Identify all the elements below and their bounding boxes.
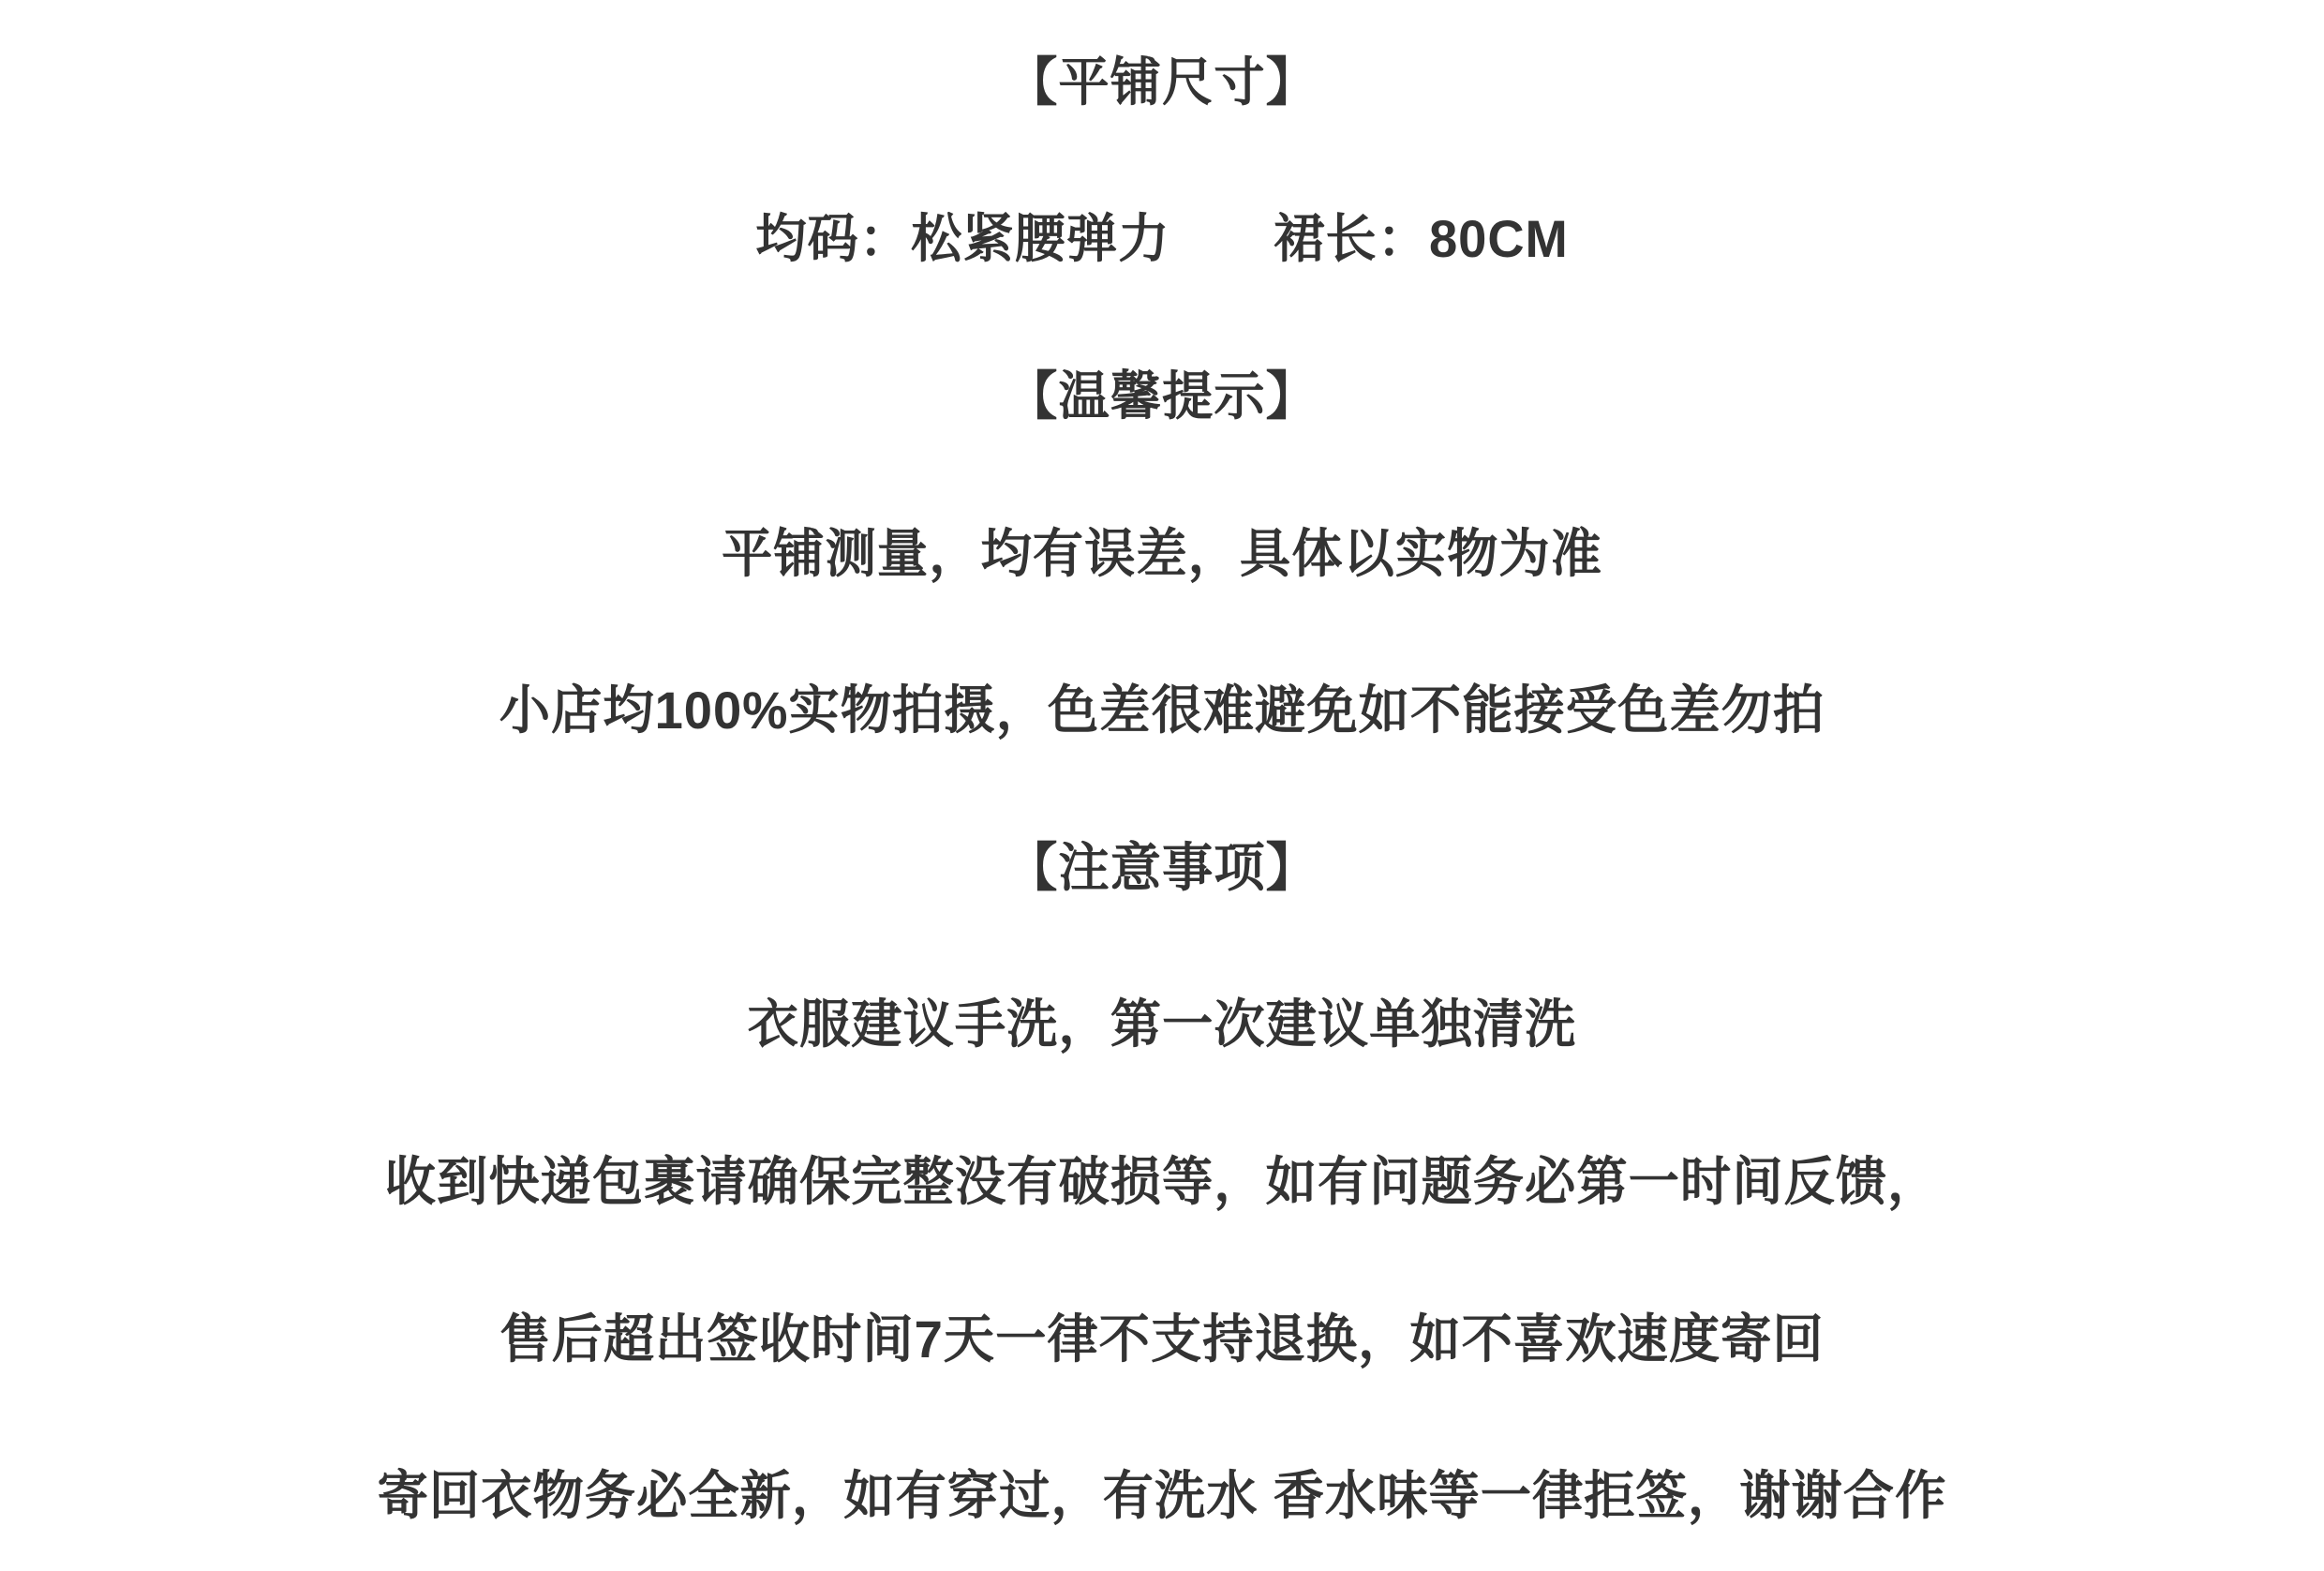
notes-heading: 【注意事项】 [35, 785, 2289, 943]
tip-color-difference-text: 小店均100%实物拍摄，色差很难避免如不能接受色差勿拍 [35, 628, 2289, 785]
flat-size-heading: 【平铺尺寸】 [35, 0, 2289, 157]
note-return-condition-text: 寄回衣物务必全新，如有穿过，有洗水 香水味等一律拒签，谢谢合作 [35, 1414, 2289, 1571]
flat-size-spec-text: 均码：松紧腰弹力 裙长：80CM [35, 157, 2289, 315]
tip-measurement-text: 平铺测量，均有误差，具体以实物为准 [35, 471, 2289, 629]
note-washing-text: 衣服建议手洗，第一次建议单独清洗 [35, 943, 2289, 1100]
product-description-sheet: 【平铺尺寸】 均码：松紧腰弹力 裙长：80CM 【温馨提示】 平铺测量，均有误差… [0, 0, 2324, 1571]
note-package-text: 收到快递包裹请确保完整没有破损等，如有问题务必第一时间反馈， [35, 1100, 2289, 1257]
note-return-window-text: 售后超出签收时间7天一律不支持退换，如不喜欢速度寄回 [35, 1257, 2289, 1414]
warm-tips-heading: 【温馨提示】 [35, 314, 2289, 471]
